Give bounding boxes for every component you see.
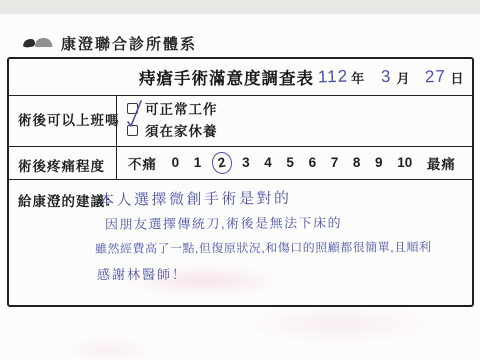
- handwritten-comment-line-4: 感謝林醫師！: [97, 264, 187, 283]
- survey-table: 痔瘡手術滿意度調查表 112 年 3 月 27 日 術後可以上班嗎 可正常工作 …: [7, 57, 474, 307]
- work-question-label: 術後可以上班嗎: [18, 109, 120, 129]
- pain-scale-0: 0: [172, 155, 180, 170]
- month-unit-label: 月: [397, 68, 410, 87]
- option-label: 可正常工作: [145, 98, 218, 118]
- ink-bleed-smudge: [244, 304, 434, 344]
- checkbox-rest-at-home[interactable]: [127, 125, 138, 136]
- work-options: 可正常工作 須在家休養: [127, 99, 218, 139]
- pain-question-label: 術後疼痛程度: [18, 155, 105, 175]
- scanner-edge-band: [0, 0, 480, 14]
- clinic-header: 康澄聯合診所體系: [22, 33, 197, 53]
- column-divider: [116, 95, 117, 179]
- pain-scale: 不痛 0 1 2 3 4 5 6 7 8 9 10 最痛: [119, 146, 468, 179]
- form-title: 痔瘡手術滿意度調查表: [139, 65, 314, 89]
- pain-scale-max-label: 最痛: [427, 153, 456, 173]
- pain-scale-8: 8: [353, 155, 361, 170]
- handwritten-comment-line-2: 因朋友選擇傳統刀,術後是無法下床的: [105, 212, 342, 233]
- option-can-work-normally[interactable]: 可正常工作: [127, 99, 218, 117]
- clinic-logo-icon: [22, 35, 54, 51]
- year-unit-label: 年: [351, 68, 364, 87]
- ink-bleed-smudge: [64, 337, 154, 360]
- scanned-survey-form: 康澄聯合診所體系 痔瘡手術滿意度調查表 112 年 3 月 27 日 術後可以上…: [0, 0, 480, 360]
- pain-scale-6: 6: [309, 155, 317, 170]
- handwritten-comment-line-3: 雖然經費高了一點,但復原狀況,和傷口的照顧都很簡單,且順利: [95, 238, 432, 257]
- pain-scale-4: 4: [264, 155, 272, 170]
- pain-scale-3: 3: [242, 155, 250, 170]
- pain-scale-2-circled: 2: [210, 150, 233, 175]
- pain-scale-5: 5: [286, 155, 294, 170]
- pain-scale-1: 1: [194, 155, 202, 170]
- handwritten-comment-line-1: 本人選擇微創手術是對的: [99, 187, 292, 210]
- pain-scale-10: 10: [397, 155, 412, 170]
- title-row: 痔瘡手術滿意度調查表 112 年 3 月 27 日: [139, 63, 464, 91]
- pain-scale-min-label: 不痛: [128, 153, 157, 173]
- option-label: 須在家休養: [145, 120, 218, 140]
- handwritten-year: 112: [318, 66, 349, 87]
- handwritten-day: 27: [424, 67, 446, 88]
- handwritten-month: 3: [381, 67, 392, 87]
- row-divider-3: [9, 179, 472, 180]
- checkbox-can-work-normally[interactable]: [127, 103, 138, 114]
- day-unit-label: 日: [451, 68, 464, 87]
- option-rest-at-home[interactable]: 須在家休養: [127, 121, 218, 139]
- row-divider-1: [9, 95, 472, 96]
- pain-scale-9: 9: [375, 155, 383, 170]
- clinic-name: 康澄聯合診所體系: [61, 33, 197, 54]
- pain-scale-7: 7: [331, 155, 339, 170]
